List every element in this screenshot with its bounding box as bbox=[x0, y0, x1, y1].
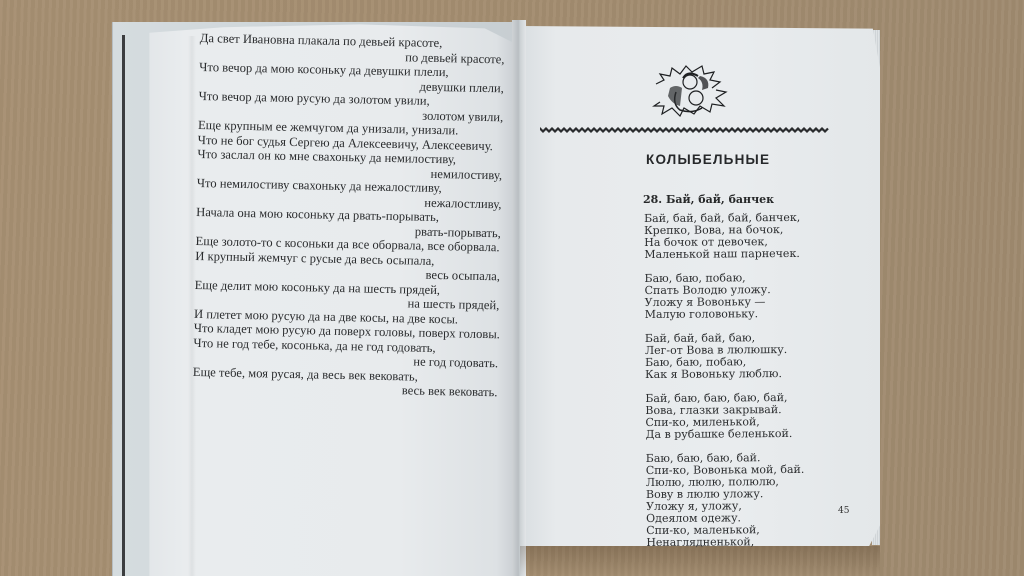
song-title: 28. Бай, бай, банчек bbox=[643, 193, 774, 206]
stanza: Баю, баю, побаю,Спать Володю уложу.Уложу… bbox=[644, 272, 803, 321]
stanza: Бай, бай, бай, бай, банчек,Крепко, Вова,… bbox=[644, 212, 803, 261]
stanza: Баю, баю, баю, бай.Спи-ко, Вовонька мой,… bbox=[646, 452, 805, 549]
right-page-poem: Бай, бай, бай, бай, банчек,Крепко, Вова,… bbox=[644, 212, 805, 561]
poem-line: Маленькой наш парнечек. bbox=[644, 248, 803, 261]
stanza: Бай, бай, бай, баю,Лег-от Вова в люлюшку… bbox=[645, 332, 804, 381]
poem-line: Как я Вовоньку люблю. bbox=[645, 368, 804, 381]
book-gutter bbox=[512, 20, 526, 576]
left-page-poem: Да свет Ивановна плакала по девьей красо… bbox=[192, 32, 505, 401]
cover-edge-line bbox=[122, 35, 125, 576]
poem-line: Да в рубашке беленькой. bbox=[646, 428, 805, 441]
poem-line: Ненаглядненькой, bbox=[646, 536, 805, 549]
stanza: Бай, баю, баю, баю, бай,Вова, глазки зак… bbox=[645, 392, 804, 441]
decorative-wave-divider bbox=[540, 126, 830, 134]
poem-line: Малую головоньку. bbox=[645, 308, 804, 321]
mother-child-ornament-icon bbox=[650, 62, 730, 118]
section-title: КОЛЫБЕЛЬНЫЕ bbox=[646, 152, 770, 167]
page-number: 45 bbox=[838, 506, 849, 516]
